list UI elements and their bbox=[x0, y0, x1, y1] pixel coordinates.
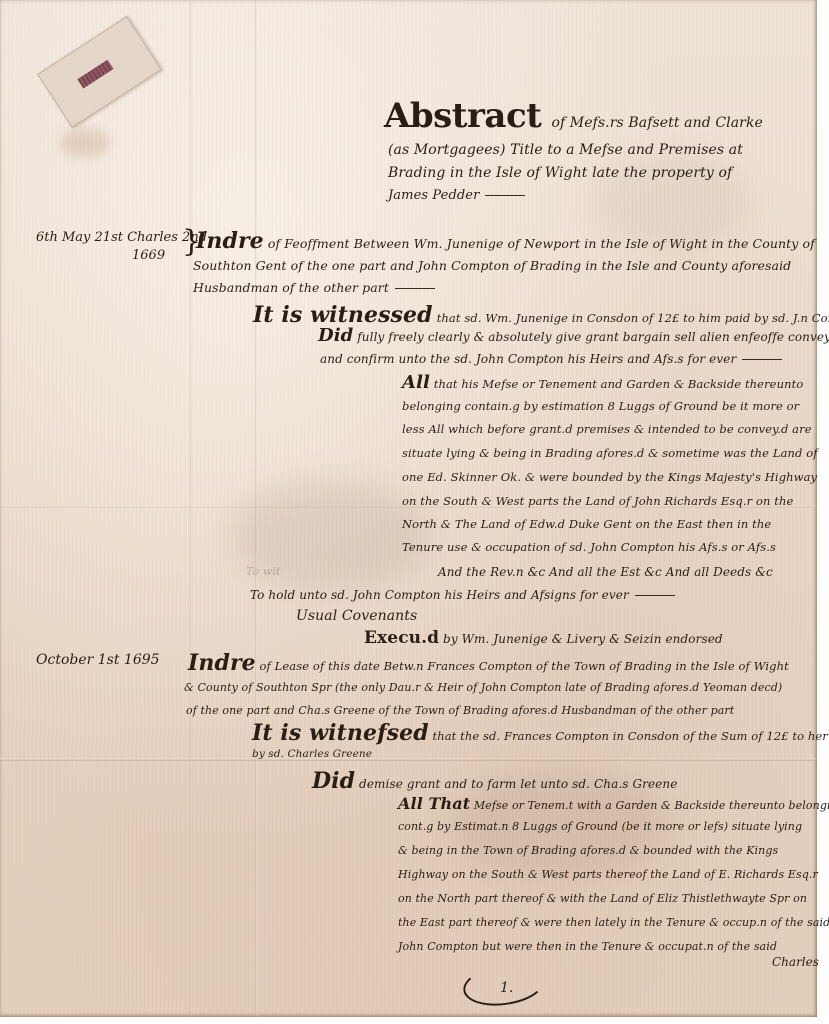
entry1-line-1: Indre of Feoffment Between Wm. Junenige … bbox=[196, 228, 815, 254]
entry1-line-3: Husbandman of the other part bbox=[193, 280, 435, 295]
title-line-3: Brading in the Isle of Wight late the pr… bbox=[388, 165, 732, 181]
entry1-parcels-5: one Ed. Skinner Ok. & were bounded by th… bbox=[402, 470, 817, 484]
entry2-parcels-3: & being in the Town of Brading afores.d … bbox=[398, 844, 778, 857]
entry1-did-1: Did fully freely clearly & absolutely gi… bbox=[318, 325, 829, 346]
entry1-parcels-8: Tenure use & occupation of sd. John Comp… bbox=[402, 540, 776, 554]
entry1-execution: Execu.d by Wm. Junenige & Livery & Seizi… bbox=[364, 628, 723, 648]
entry1-did-2: and confirm unto the sd. John Compton hi… bbox=[320, 352, 782, 366]
title-line-1: Abstract of Mefs.rs Bafsett and Clarke bbox=[384, 96, 763, 136]
entry1-general-words: And the Rev.n &c And all the Est &c And … bbox=[438, 565, 773, 579]
entry1-faint-margin: To wit bbox=[246, 565, 281, 578]
stain bbox=[60, 128, 110, 158]
entry1-covenants: Usual Covenants bbox=[296, 608, 417, 624]
entry2-witnessed-1: It is witnefsed that the sd. Frances Com… bbox=[252, 720, 829, 746]
entry1-year: 1669 bbox=[132, 248, 165, 263]
title-line-2: (as Mortgagees) Title to a Mefse and Pre… bbox=[388, 142, 743, 158]
document-page: Abstract of Mefs.rs Bafsett and Clarke (… bbox=[0, 0, 817, 1017]
entry2-parcels-1: All That Mefse or Tenem.t with a Garden … bbox=[398, 794, 829, 813]
entry1-parcels-1: All that his Mefse or Tenement and Garde… bbox=[402, 372, 803, 393]
entry2-parcels-5: on the North part thereof & with the Lan… bbox=[398, 892, 807, 905]
entry1-parcels-4: situate lying & being in Brading afores.… bbox=[402, 446, 818, 460]
entry2-parcels-4: Highway on the South & West parts thereo… bbox=[398, 868, 818, 881]
entry2-line-1: Indre of Lease of this date Betw.n Franc… bbox=[188, 650, 789, 676]
entry1-parcels-6: on the South & West parts the Land of Jo… bbox=[402, 494, 793, 508]
entry1-parcels-7: North & The Land of Edw.d Duke Gent on t… bbox=[402, 517, 771, 531]
title-heading: Abstract bbox=[384, 96, 541, 136]
entry2-parcels-2: cont.g by Estimat.n 8 Luggs of Ground (b… bbox=[398, 820, 802, 833]
ribbon-tag bbox=[37, 16, 162, 128]
ribbon-icon bbox=[77, 60, 113, 89]
title-line-4: James Pedder bbox=[388, 188, 525, 203]
entry2-parcels-7: John Compton but were then in the Tenure… bbox=[398, 940, 777, 953]
entry2-did: Did demise grant and to farm let unto sd… bbox=[312, 768, 677, 794]
entry1-line-2: Southton Gent of the one part and John C… bbox=[193, 258, 791, 273]
entry2-parcels-6: the East part thereof & were then lately… bbox=[398, 916, 829, 929]
entry2-witnessed-2: by sd. Charles Greene bbox=[252, 748, 372, 760]
entry2-line-3: of the one part and Cha.s Greene of the … bbox=[186, 704, 734, 717]
entry1-parcels-2: belonging contain.g by estimation 8 Lugg… bbox=[402, 399, 799, 413]
page-number: 1. bbox=[500, 980, 513, 996]
catchword: Charles bbox=[772, 955, 819, 969]
entry1-parcels-3: less All which before grant.d premises &… bbox=[402, 422, 812, 436]
fold-crease-horizontal bbox=[0, 758, 817, 761]
entry2-date: October 1st 1695 bbox=[36, 652, 160, 668]
entry2-line-2: & County of Southton Spr (the only Dau.r… bbox=[184, 681, 782, 694]
fold-crease-vertical bbox=[190, 0, 192, 1017]
entry1-habendum: To hold unto sd. John Compton his Heirs … bbox=[250, 588, 675, 602]
